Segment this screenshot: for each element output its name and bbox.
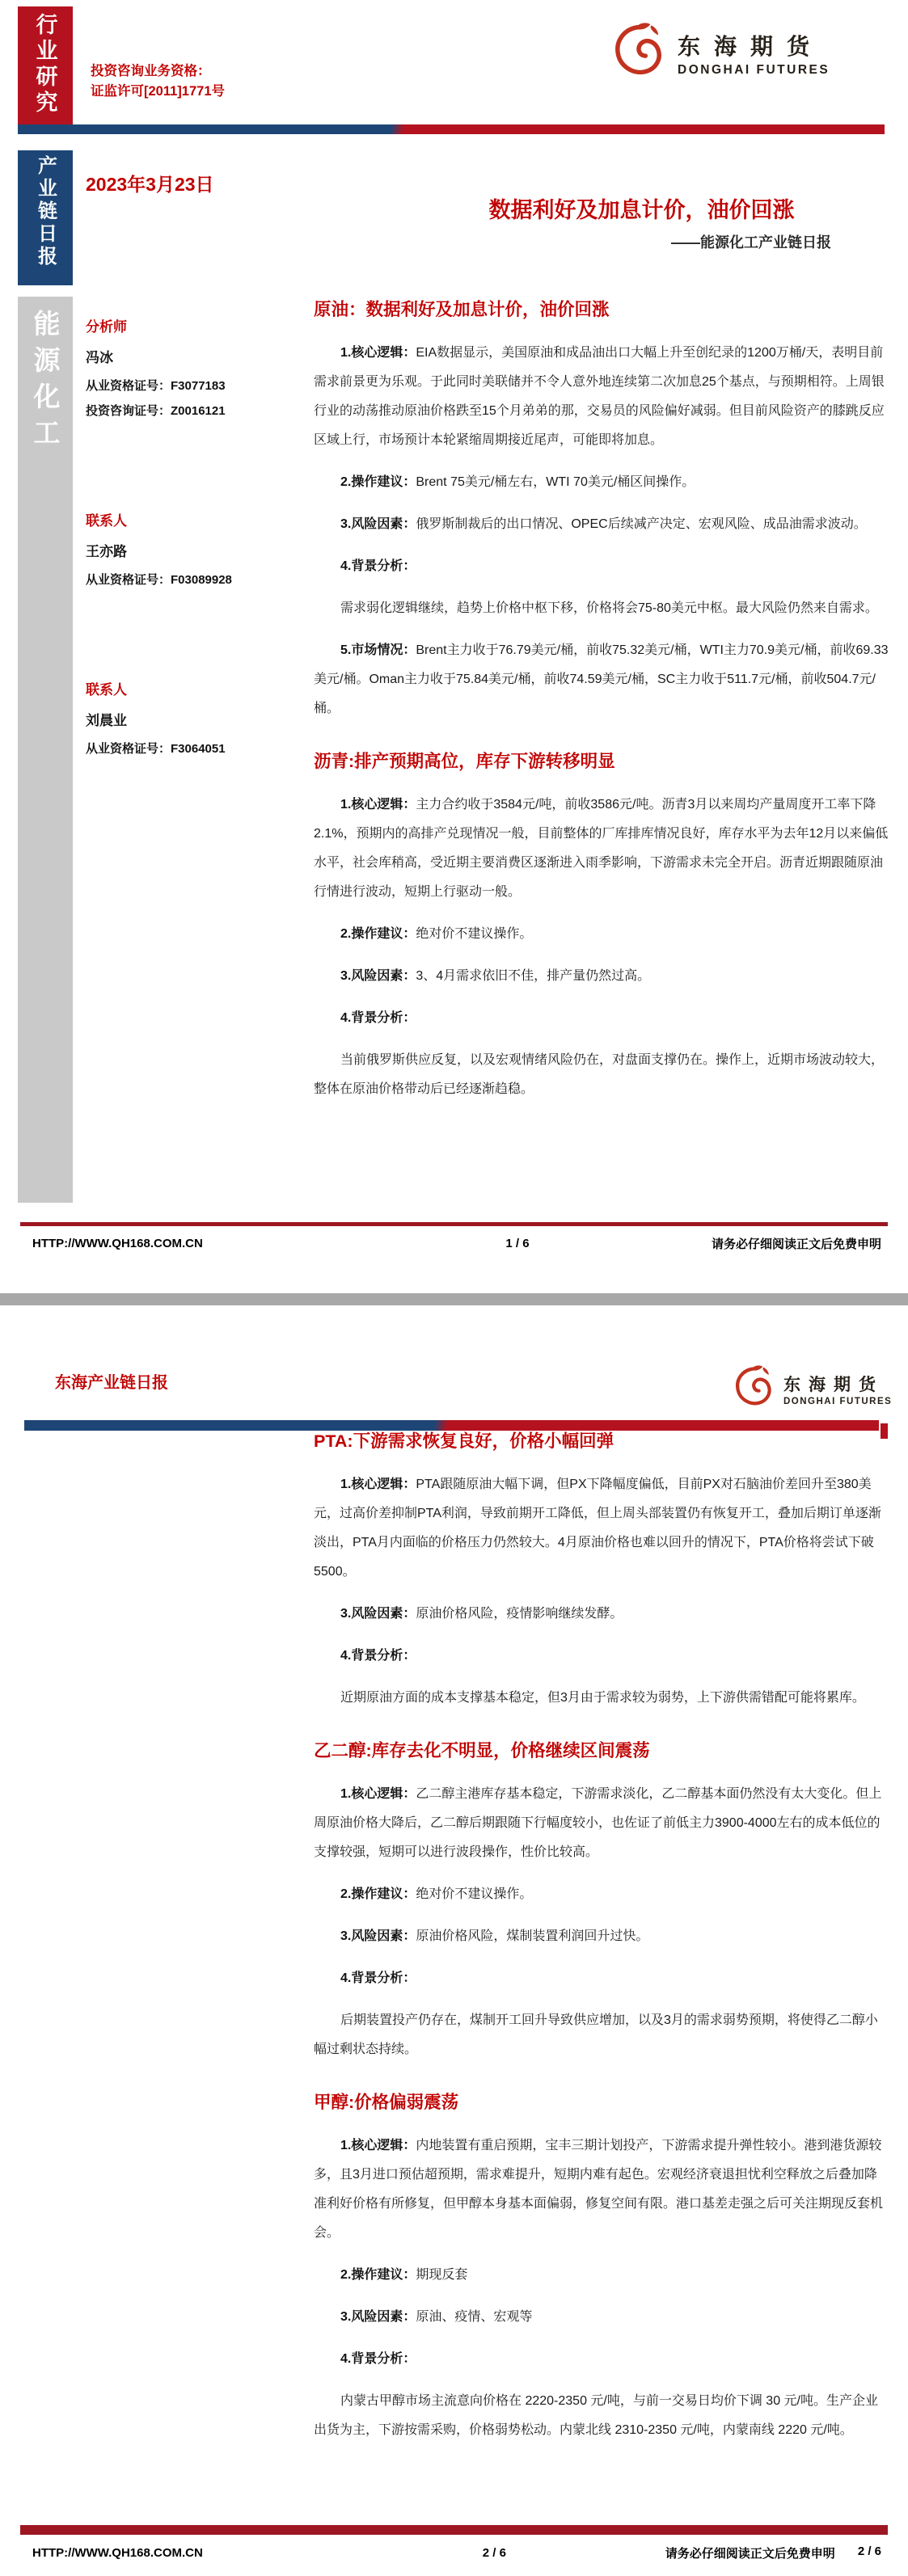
daily-report-badge-label: 产业链日报 bbox=[32, 150, 60, 285]
paragraph-text: 近期原油方面的成本支撑基本稳定，但3月由于需求较为弱势，上下游供需错配可能将累库… bbox=[340, 1691, 865, 1705]
paragraph-lead: 3.风险因素： bbox=[340, 969, 416, 983]
paragraph-text: 原油价格风险，煤制装置利润回升过快。 bbox=[416, 1929, 648, 1943]
paragraph-text: 内蒙古甲醇市场主流意向价格在 2220-2350 元/吨，与前一交易日均价下调 … bbox=[314, 2394, 878, 2437]
section-title: 沥青:排产预期高位，库存下游转移明显 bbox=[314, 748, 889, 773]
dragon-logo-icon bbox=[730, 1363, 779, 1415]
paragraph-text: 后期装置投产仍存在，煤制开工回升导致供应增加，以及3月的需求弱势预期，将使得乙二… bbox=[314, 2013, 878, 2056]
page2-header-title: 东海产业链日报 bbox=[55, 1369, 168, 1393]
paragraph-text: 原油价格风险，疫情影响继续发酵。 bbox=[416, 1607, 623, 1621]
company-logo: 东海期货 DONGHAI FUTURES bbox=[608, 19, 830, 86]
report-title: 数据利好及加息计价，油价回涨 bbox=[393, 192, 890, 224]
footer-page-number: 2 / 6 bbox=[323, 2546, 665, 2560]
paragraph: 1.核心逻辑：PTA跟随原油大幅下调，但PX下降幅度偏低，目前PX对石脑油价差回… bbox=[314, 1470, 889, 1587]
category-sidebar-label: 能源化工 bbox=[27, 297, 65, 1203]
paragraph-lead: 3.风险因素： bbox=[340, 2310, 416, 2324]
paragraph: 1.核心逻辑：乙二醇主港库存基本稳定，下游需求淡化，乙二醇基本面仍然没有太大变化… bbox=[314, 1780, 889, 1867]
daily-report-badge: 产业链日报 bbox=[18, 150, 73, 285]
paragraph: 后期装置投产仍存在，煤制开工回升导致供应增加，以及3月的需求弱势预期，将使得乙二… bbox=[314, 2006, 889, 2064]
analyst-block: 联系人王亦路从业资格证号：F03089928 bbox=[86, 509, 302, 588]
paragraph-lead: 1.核心逻辑： bbox=[340, 1478, 416, 1491]
report-section: PTA:下游需求恢复良好，价格小幅回弹1.核心逻辑：PTA跟随原油大幅下调，但P… bbox=[314, 1427, 889, 1713]
section-title: 原油：数据利好及加息计价，油价回涨 bbox=[314, 296, 889, 321]
dragon-logo-icon bbox=[608, 19, 671, 86]
logo-chinese-name: 东海期货 bbox=[783, 1372, 892, 1396]
header-divider-bar bbox=[18, 124, 885, 134]
paragraph-text: 当前俄罗斯供应反复，以及宏观情绪风险仍在，对盘面支撑仍在。操作上，近期市场波动较… bbox=[314, 1053, 884, 1096]
industry-research-badge: 行业研究 bbox=[18, 6, 73, 125]
section-title: 甲醇:价格偏弱震荡 bbox=[314, 2089, 889, 2114]
paragraph-lead: 4.背景分析： bbox=[340, 2352, 416, 2366]
analyst-role: 分析师 bbox=[86, 315, 302, 335]
category-sidebar-badge: 能源化工 bbox=[18, 297, 73, 1203]
paragraph: 需求弱化逻辑继续，趋势上价格中枢下移，价格将会75-80美元中枢。最大风险仍然来… bbox=[314, 594, 889, 623]
paragraph-lead: 1.核心逻辑： bbox=[340, 2139, 416, 2152]
report-subtitle: ——能源化工产业链日报 bbox=[307, 231, 831, 252]
qualification-text: 投资咨询业务资格： 证监许可[2011]1771号 bbox=[91, 61, 225, 102]
paragraph: 4.背景分析： bbox=[314, 1964, 889, 1993]
industry-research-badge-label: 行业研究 bbox=[30, 6, 61, 125]
paragraph-lead: 4.背景分析： bbox=[340, 1971, 416, 1985]
paragraph: 5.市场情况：Brent主力收于76.79美元/桶，前收75.32美元/桶，WT… bbox=[314, 636, 889, 723]
paragraph-lead: 2.操作建议： bbox=[340, 927, 416, 941]
report-section: 乙二醇:库存去化不明显，价格继续区间震荡1.核心逻辑：乙二醇主港库存基本稳定，下… bbox=[314, 1737, 889, 2064]
report-section: 原油：数据利好及加息计价，油价回涨1.核心逻辑：EIA数据显示，美国原油和成品油… bbox=[314, 296, 889, 723]
paragraph: 1.核心逻辑：内地装置有重启预期，宝丰三期计划投产，下游需求提升弹性较小。港到港… bbox=[314, 2131, 889, 2248]
paragraph-text: PTA跟随原油大幅下调，但PX下降幅度偏低，目前PX对石脑油价差回升至380美元… bbox=[314, 1478, 881, 1579]
page2-sections: PTA:下游需求恢复良好，价格小幅回弹1.核心逻辑：PTA跟随原油大幅下调，但P… bbox=[314, 1427, 889, 2469]
footer-divider-line bbox=[20, 2525, 888, 2535]
paragraph: 2.操作建议：Brent 75美元/桶左右，WTI 70美元/桶区间操作。 bbox=[314, 468, 889, 497]
paragraph-text: Brent 75美元/桶左右，WTI 70美元/桶区间操作。 bbox=[416, 475, 695, 489]
analyst-role: 联系人 bbox=[86, 509, 302, 529]
paragraph-text: 绝对价不建议操作。 bbox=[416, 927, 532, 941]
paragraph-text: 3、4月需求依旧不佳，排产量仍然过高。 bbox=[416, 969, 650, 983]
paragraph-text: 原油、疫情、宏观等 bbox=[416, 2310, 532, 2324]
paragraph-text: 期现反套 bbox=[416, 2268, 467, 2282]
report-document: 行业研究 投资咨询业务资格： 证监许可[2011]1771号 东海期货 DONG… bbox=[0, 0, 908, 2576]
qualification-line2: 证监许可[2011]1771号 bbox=[91, 82, 225, 102]
analyst-role: 联系人 bbox=[86, 678, 302, 698]
analyst-certificate: 从业资格证号：F3077183 bbox=[86, 377, 302, 394]
paragraph: 内蒙古甲醇市场主流意向价格在 2220-2350 元/吨，与前一交易日均价下调 … bbox=[314, 2387, 889, 2445]
analyst-certificate: 投资咨询证号：Z0016121 bbox=[86, 402, 302, 419]
analyst-column: 分析师冯冰从业资格证号：F3077183投资咨询证号：Z0016121联系人王亦… bbox=[86, 315, 302, 847]
footer-url: HTTP://WWW.QH168.COM.CN bbox=[32, 2546, 323, 2560]
analyst-name: 王亦路 bbox=[86, 540, 302, 560]
analyst-certificate: 从业资格证号：F03089928 bbox=[86, 571, 302, 588]
section-title: 乙二醇:库存去化不明显，价格继续区间震荡 bbox=[314, 1737, 889, 1762]
paragraph-lead: 3.风险因素： bbox=[340, 1607, 416, 1621]
paragraph-lead: 4.背景分析： bbox=[340, 1011, 416, 1025]
page1-footer: HTTP://WWW.QH168.COM.CN 1 / 6 请务必仔细阅读正文后… bbox=[32, 1235, 881, 1252]
paragraph-lead: 4.背景分析： bbox=[340, 1649, 416, 1663]
footer-url: HTTP://WWW.QH168.COM.CN bbox=[32, 1237, 323, 1250]
paragraph: 4.背景分析： bbox=[314, 1004, 889, 1033]
paragraph-lead: 3.风险因素： bbox=[340, 517, 416, 531]
paragraph: 1.核心逻辑：主力合约收于3584元/吨，前收3586元/吨。沥青3月以来周均产… bbox=[314, 791, 889, 907]
paragraph: 当前俄罗斯供应反复，以及宏观情绪风险仍在，对盘面支撑仍在。操作上，近期市场波动较… bbox=[314, 1046, 889, 1104]
page1-sections: 原油：数据利好及加息计价，油价回涨1.核心逻辑：EIA数据显示，美国原油和成品油… bbox=[314, 296, 889, 1128]
paragraph: 3.风险因素：俄罗斯制裁后的出口情况、OPEC后续减产决定、宏观风险、成品油需求… bbox=[314, 510, 889, 539]
paragraph-text: EIA数据显示，美国原油和成品油出口大幅上升至创纪录的1200万桶/天，表明目前… bbox=[314, 346, 885, 447]
section-title: PTA:下游需求恢复良好，价格小幅回弹 bbox=[314, 1427, 889, 1452]
analyst-certificate: 从业资格证号：F3064051 bbox=[86, 740, 302, 757]
paragraph-text: 绝对价不建议操作。 bbox=[416, 1887, 532, 1901]
paragraph: 近期原油方面的成本支撑基本稳定，但3月由于需求较为弱势，上下游供需错配可能将累库… bbox=[314, 1684, 889, 1713]
paragraph-text: 俄罗斯制裁后的出口情况、OPEC后续减产决定、宏观风险、成品油需求波动。 bbox=[416, 517, 866, 531]
paragraph-lead: 1.核心逻辑： bbox=[340, 798, 416, 812]
paragraph: 3.风险因素：原油价格风险，煤制装置利润回升过快。 bbox=[314, 1922, 889, 1951]
report-date: 2023年3月23日 bbox=[86, 170, 214, 196]
logo-english-name: DONGHAI FUTURES bbox=[678, 63, 830, 78]
paragraph-lead: 1.核心逻辑： bbox=[340, 1787, 416, 1801]
paragraph: 3.风险因素：3、4月需求依旧不佳，排产量仍然过高。 bbox=[314, 962, 889, 991]
paragraph-text: 需求弱化逻辑继续，趋势上价格中枢下移，价格将会75-80美元中枢。最大风险仍然来… bbox=[340, 601, 878, 615]
footer-divider-line bbox=[20, 1222, 888, 1226]
footer-page-number: 1 / 6 bbox=[323, 1237, 712, 1250]
paragraph: 2.操作建议：绝对价不建议操作。 bbox=[314, 1880, 889, 1909]
paragraph-text: 主力合约收于3584元/吨，前收3586元/吨。沥青3月以来周均产量周度开工率下… bbox=[314, 798, 888, 899]
logo-chinese-name: 东海期货 bbox=[678, 29, 830, 61]
paragraph-lead: 4.背景分析： bbox=[340, 559, 416, 573]
paragraph-lead: 5.市场情况： bbox=[340, 643, 416, 657]
page-separator-bar bbox=[0, 1293, 908, 1305]
footer-disclaimer: 请务必仔细阅读正文后免费申明 bbox=[665, 2544, 835, 2561]
paragraph: 4.背景分析： bbox=[314, 552, 889, 581]
paragraph: 1.核心逻辑：EIA数据显示，美国原油和成品油出口大幅上升至创纪录的1200万桶… bbox=[314, 339, 889, 455]
page2-footer: HTTP://WWW.QH168.COM.CN 2 / 6 请务必仔细阅读正文后… bbox=[32, 2544, 881, 2561]
paragraph: 3.风险因素：原油价格风险，疫情影响继续发酵。 bbox=[314, 1600, 889, 1629]
analyst-name: 冯冰 bbox=[86, 346, 302, 366]
paragraph-lead: 2.操作建议： bbox=[340, 1887, 416, 1901]
analyst-name: 刘晨业 bbox=[86, 709, 302, 729]
paragraph: 2.操作建议：绝对价不建议操作。 bbox=[314, 920, 889, 949]
footer-disclaimer: 请务必仔细阅读正文后免费申明 bbox=[712, 1235, 881, 1252]
footer-page-number-right: 2 / 6 bbox=[858, 2544, 881, 2561]
paragraph: 2.操作建议：期现反套 bbox=[314, 2261, 889, 2290]
paragraph: 3.风险因素：原油、疫情、宏观等 bbox=[314, 2303, 889, 2332]
paragraph: 4.背景分析： bbox=[314, 1642, 889, 1671]
report-section: 甲醇:价格偏弱震荡1.核心逻辑：内地装置有重启预期，宝丰三期计划投产，下游需求提… bbox=[314, 2089, 889, 2445]
analyst-block: 分析师冯冰从业资格证号：F3077183投资咨询证号：Z0016121 bbox=[86, 315, 302, 419]
report-section: 沥青:排产预期高位，库存下游转移明显1.核心逻辑：主力合约收于3584元/吨，前… bbox=[314, 748, 889, 1104]
paragraph-lead: 3.风险因素： bbox=[340, 1929, 416, 1943]
qualification-line1: 投资咨询业务资格： bbox=[91, 61, 225, 82]
paragraph-lead: 2.操作建议： bbox=[340, 475, 416, 489]
analyst-block: 联系人刘晨业从业资格证号：F3064051 bbox=[86, 678, 302, 757]
paragraph-lead: 1.核心逻辑： bbox=[340, 346, 416, 360]
logo-english-name: DONGHAI FUTURES bbox=[783, 1397, 892, 1406]
paragraph: 4.背景分析： bbox=[314, 2345, 889, 2374]
paragraph-text: 内地装置有重启预期，宝丰三期计划投产，下游需求提升弹性较小。港到港货源较多，且3… bbox=[314, 2139, 883, 2240]
paragraph-lead: 2.操作建议： bbox=[340, 2268, 416, 2282]
company-logo-small: 东海期货 DONGHAI FUTURES bbox=[730, 1363, 892, 1415]
